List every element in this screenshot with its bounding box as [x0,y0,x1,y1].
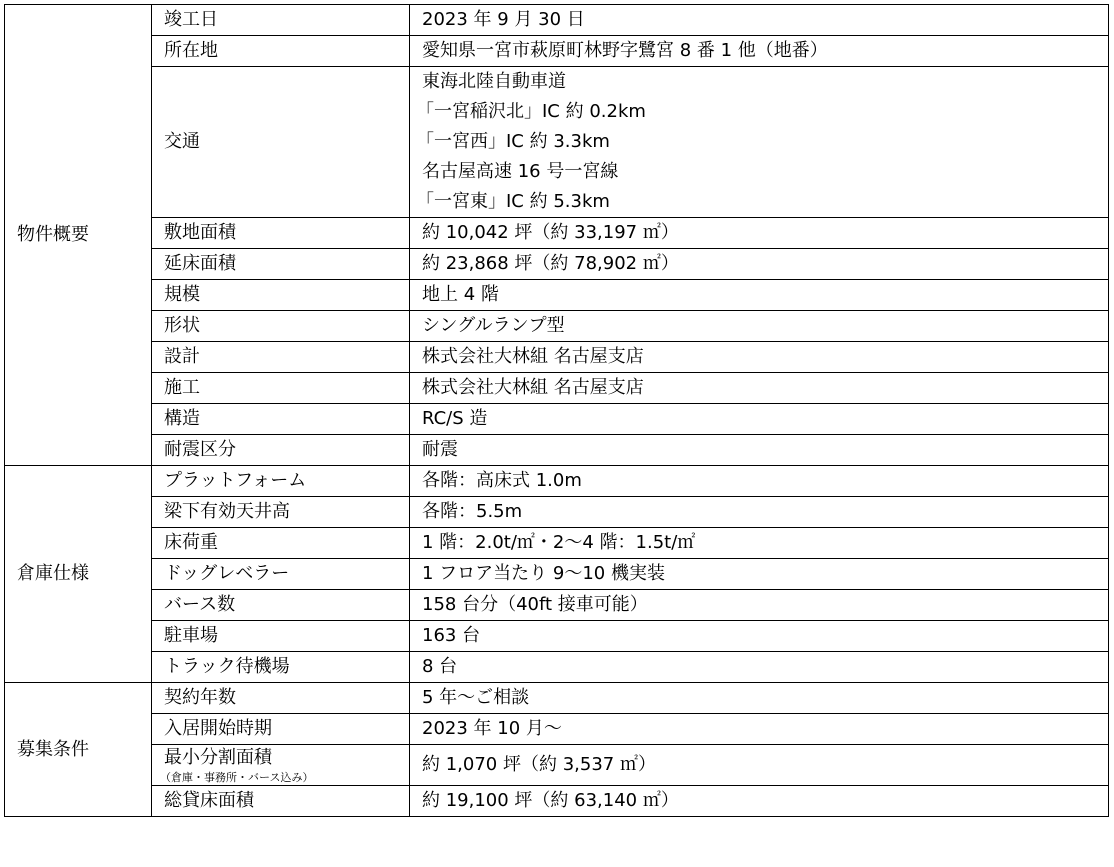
table-row: 入居開始時期 2023 年 10 月～ [5,714,1109,745]
table-row: 最小分割面積 （倉庫・事務所・バース込み） 約 1,070 坪（約 3,537 … [5,745,1109,786]
row-label: トラック待機場 [152,652,410,683]
row-label: バース数 [152,590,410,621]
row-value: 株式会社大林組 名古屋支店 [410,373,1109,404]
transport-line: 「一宮稲沢北」IC 約 0.2km [416,97,1108,127]
row-value: 2023 年 10 月～ [410,714,1109,745]
row-label-with-note: 最小分割面積 （倉庫・事務所・バース込み） [152,745,410,786]
row-value: シングルランプ型 [410,311,1109,342]
row-label: 規模 [152,280,410,311]
row-value: 5 年～ご相談 [410,683,1109,714]
row-value: 耐震 [410,435,1109,466]
section-header-leasing-terms: 募集条件 [5,683,152,817]
table-row: 床荷重 1 階：2.0t/㎡・2～4 階：1.5t/㎡ [5,528,1109,559]
table-row: 所在地 愛知県一宮市萩原町林野字鷺宮 8 番 1 他（地番） [5,36,1109,67]
row-label: 敷地面積 [152,218,410,249]
table-row: 駐車場 163 台 [5,621,1109,652]
row-label: 形状 [152,311,410,342]
row-label: 駐車場 [152,621,410,652]
table-row: 敷地面積 約 10,042 坪（約 33,197 ㎡） [5,218,1109,249]
property-spec-table: 物件概要 竣工日 2023 年 9 月 30 日 所在地 愛知県一宮市萩原町林野… [4,4,1109,817]
row-label: 交通 [152,67,410,218]
table-row: 施工 株式会社大林組 名古屋支店 [5,373,1109,404]
table-row: 耐震区分 耐震 [5,435,1109,466]
row-label: ドッグレベラー [152,559,410,590]
row-value: 株式会社大林組 名古屋支店 [410,342,1109,373]
transport-line: 「一宮東」IC 約 5.3km [416,187,1108,217]
row-value: 愛知県一宮市萩原町林野字鷺宮 8 番 1 他（地番） [410,36,1109,67]
table-row: 倉庫仕様 プラットフォーム 各階：高床式 1.0m [5,466,1109,497]
table-row: 物件概要 竣工日 2023 年 9 月 30 日 [5,5,1109,36]
row-value: 158 台分（40ft 接車可能） [410,590,1109,621]
row-label: 構造 [152,404,410,435]
row-value: RC/S 造 [410,404,1109,435]
transport-line: 名古屋高速 16 号一宮線 [422,157,1108,187]
row-value: 約 19,100 坪（約 63,140 ㎡） [410,786,1109,817]
row-label: 設計 [152,342,410,373]
table-row: トラック待機場 8 台 [5,652,1109,683]
row-label: プラットフォーム [152,466,410,497]
table-row: ドッグレベラー 1 フロア当たり 9～10 機実装 [5,559,1109,590]
row-value: 8 台 [410,652,1109,683]
row-label: 床荷重 [152,528,410,559]
row-label: 耐震区分 [152,435,410,466]
row-value: 各階：5.5m [410,497,1109,528]
row-value: 約 1,070 坪（約 3,537 ㎡） [410,745,1109,786]
row-value: 約 23,868 坪（約 78,902 ㎡） [410,249,1109,280]
table-row: 形状 シングルランプ型 [5,311,1109,342]
table-row: 規模 地上 4 階 [5,280,1109,311]
row-label: 延床面積 [152,249,410,280]
row-value: 163 台 [410,621,1109,652]
row-label: 所在地 [152,36,410,67]
table-row: 募集条件 契約年数 5 年～ご相談 [5,683,1109,714]
table-row: 設計 株式会社大林組 名古屋支店 [5,342,1109,373]
row-label: 入居開始時期 [152,714,410,745]
table-row: 延床面積 約 23,868 坪（約 78,902 ㎡） [5,249,1109,280]
table-row: 総貸床面積 約 19,100 坪（約 63,140 ㎡） [5,786,1109,817]
transport-value: 東海北陸自動車道 「一宮稲沢北」IC 約 0.2km 「一宮西」IC 約 3.3… [410,67,1109,218]
row-label: 竣工日 [152,5,410,36]
row-label: 梁下有効天井高 [152,497,410,528]
section-header-property-overview: 物件概要 [5,5,152,466]
row-value: 約 10,042 坪（約 33,197 ㎡） [410,218,1109,249]
table-row: 構造 RC/S 造 [5,404,1109,435]
row-value: 2023 年 9 月 30 日 [410,5,1109,36]
table-row: 交通 東海北陸自動車道 「一宮稲沢北」IC 約 0.2km 「一宮西」IC 約 … [5,67,1109,218]
table-row: 梁下有効天井高 各階：5.5m [5,497,1109,528]
row-label: 最小分割面積 [164,745,409,771]
row-value: 1 階：2.0t/㎡・2～4 階：1.5t/㎡ [410,528,1109,559]
transport-line: 「一宮西」IC 約 3.3km [416,127,1108,157]
row-value: 各階：高床式 1.0m [410,466,1109,497]
table-row: バース数 158 台分（40ft 接車可能） [5,590,1109,621]
row-label: 契約年数 [152,683,410,714]
row-label: 施工 [152,373,410,404]
row-value: 1 フロア当たり 9～10 機実装 [410,559,1109,590]
row-value: 地上 4 階 [410,280,1109,311]
section-header-warehouse-spec: 倉庫仕様 [5,466,152,683]
row-sublabel: （倉庫・事務所・バース込み） [160,771,409,785]
transport-line: 東海北陸自動車道 [422,67,1108,97]
row-label: 総貸床面積 [152,786,410,817]
